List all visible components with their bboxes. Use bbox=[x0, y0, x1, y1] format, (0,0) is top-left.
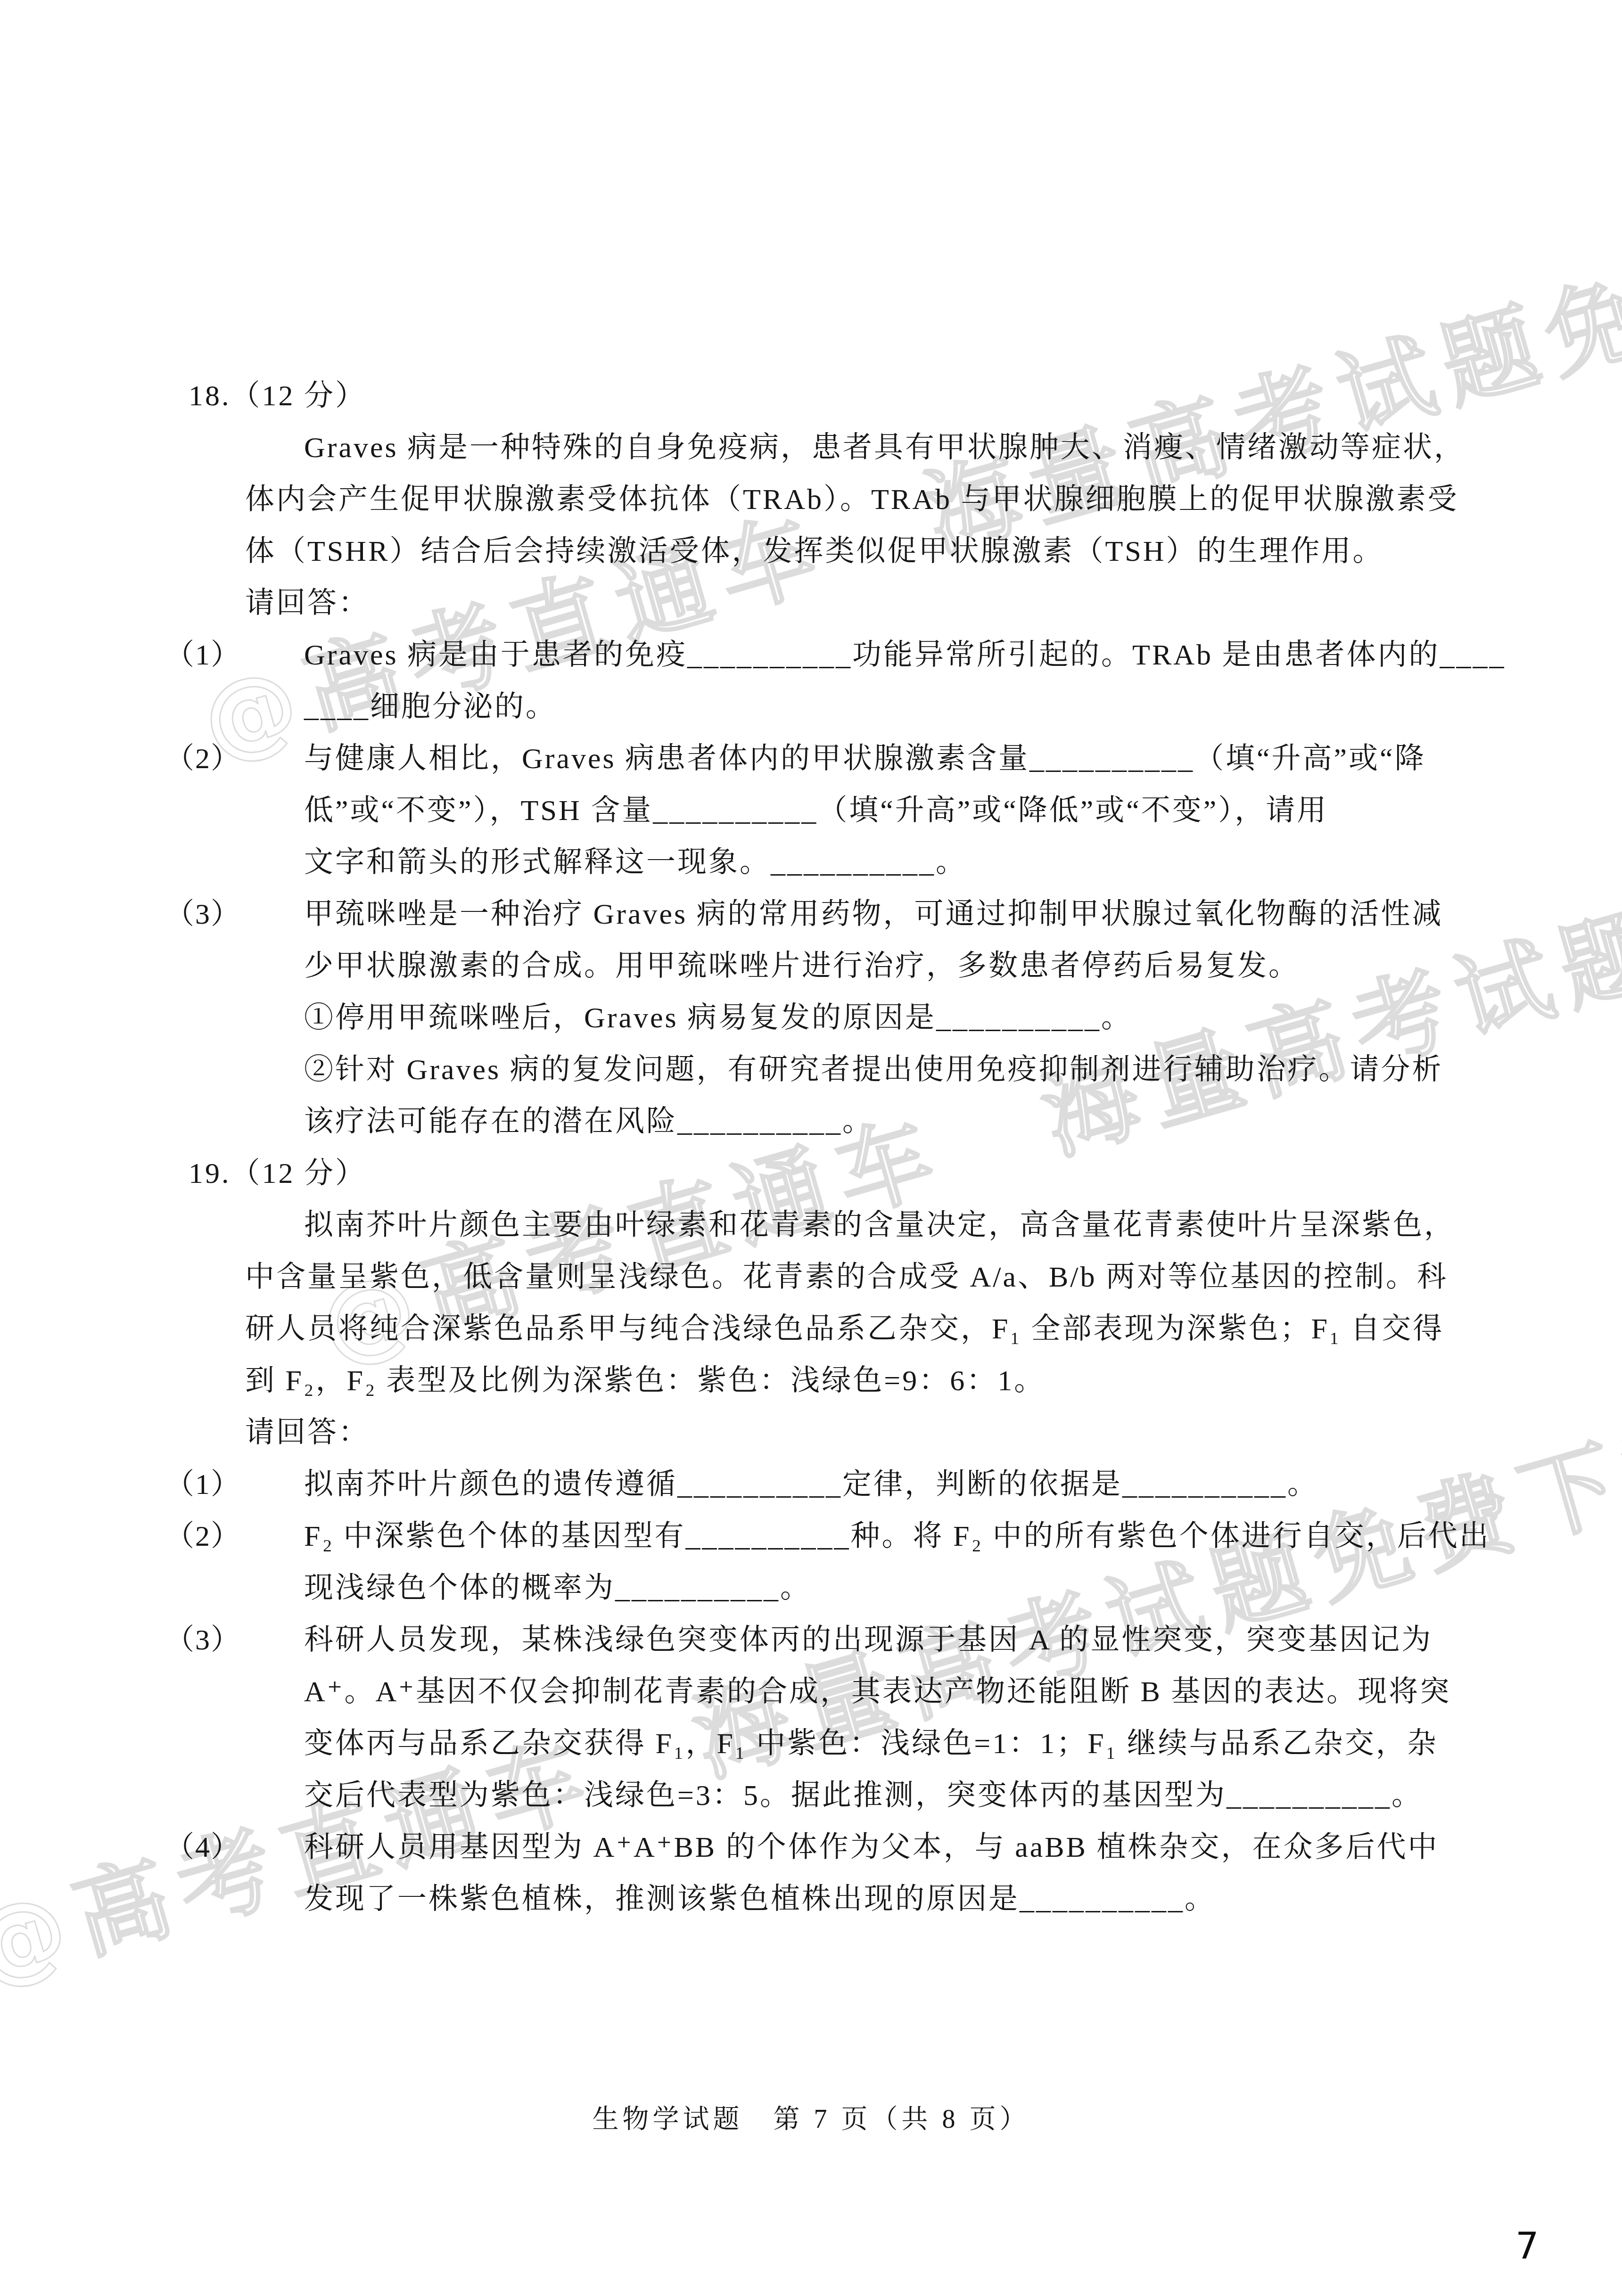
q19-intro-line-3: 研人员将纯合深紫色品系甲与纯合浅绿色品系乙杂交，F₁ 全部表现为深紫色；F₁ 自… bbox=[0, 1303, 1622, 1355]
q19-item-4-line-2: 发现了一株紫色植株，推测该紫色植株出现的原因是__________。 bbox=[0, 1873, 1622, 1925]
exam-page: @高考直通车 海量高考试题免费下载 @高考直通车 海量高考试题免费下载 @高考直… bbox=[0, 0, 1622, 2296]
q19-item-3-line-3: 变体丙与品系乙杂交获得 F₁，F₁ 中紫色：浅绿色=1：1；F₁ 继续与品系乙杂… bbox=[0, 1718, 1622, 1770]
q18-item-2-line-1: （2）与健康人相比，Graves 病患者体内的甲状腺激素含量__________… bbox=[0, 733, 1622, 785]
q18-item-3-marker: （3） bbox=[165, 888, 241, 940]
q19-item-1-line-1: （1）拟南芥叶片颜色的遗传遵循__________定律，判断的依据是______… bbox=[0, 1459, 1622, 1510]
page-footer: 生物学试题 第 7 页（共 8 页） bbox=[0, 2098, 1622, 2136]
q19-item-3-text-1: 科研人员发现，某株浅绿色突变体丙的出现源于基因 A 的显性突变，突变基因记为 bbox=[304, 1624, 1433, 1656]
q18-intro-line-1: Graves 病是一种特殊的自身免疫病，患者具有甲状腺肿大、消瘦、情绪激动等症状… bbox=[0, 422, 1622, 474]
q18-item-3-line-1: （3）甲巯咪唑是一种治疗 Graves 病的常用药物，可通过抑制甲状腺过氧化物酶… bbox=[0, 888, 1622, 940]
q19-item-4-marker: （4） bbox=[165, 1821, 241, 1873]
q19-item-1-text-1: 拟南芥叶片颜色的遗传遵循__________定律，判断的依据是_________… bbox=[304, 1468, 1318, 1501]
q18-item-3-line-4: ②针对 Graves 病的复发问题，有研究者提出使用免疫抑制剂进行辅助治疗。请分… bbox=[0, 1044, 1622, 1096]
q19-item-4-line-1: （4）科研人员用基因型为 A⁺A⁺BB 的个体作为父本，与 aaBB 植株杂交，… bbox=[0, 1821, 1622, 1873]
q19-intro-line-4: 到 F₂，F₂ 表型及比例为深紫色：紫色：浅绿色=9：6：1。 bbox=[0, 1355, 1622, 1407]
q18-item-2-text-1: 与健康人相比，Graves 病患者体内的甲状腺激素含量__________（填“… bbox=[304, 743, 1426, 775]
q19-heading: 19.（12 分） bbox=[0, 1148, 1622, 1199]
q19-item-3-line-2: A⁺。A⁺基因不仅会抑制花青素的合成，其表达产物还能阻断 B 基因的表达。现将突 bbox=[0, 1666, 1622, 1718]
q19-intro-line-2: 中含量呈紫色，低含量则呈浅绿色。花青素的合成受 A/a、B/b 两对等位基因的控… bbox=[0, 1251, 1622, 1303]
q18-item-3-line-2: 少甲状腺激素的合成。用甲巯咪唑片进行治疗，多数患者停药后易复发。 bbox=[0, 940, 1622, 992]
q18-item-1-text-1: Graves 病是由于患者的免疫__________功能异常所引起的。TRAb … bbox=[304, 639, 1506, 671]
q19-item-2-line-2: 现浅绿色个体的概率为__________。 bbox=[0, 1562, 1622, 1614]
q18-item-1-line-1: （1）Graves 病是由于患者的免疫__________功能异常所引起的。TR… bbox=[0, 629, 1622, 681]
q18-item-2-line-2: 低”或“不变”），TSH 含量__________（填“升高”或“降低”或“不变… bbox=[0, 785, 1622, 836]
q18-prompt: 请回答： bbox=[0, 577, 1622, 629]
q19-item-2-marker: （2） bbox=[165, 1510, 241, 1562]
q18-item-3-text-1: 甲巯咪唑是一种治疗 Graves 病的常用药物，可通过抑制甲状腺过氧化物酶的活性… bbox=[304, 898, 1443, 930]
q18-heading: 18.（12 分） bbox=[0, 370, 1622, 422]
q18-item-3-line-3: ①停用甲巯咪唑后，Graves 病易复发的原因是__________。 bbox=[0, 992, 1622, 1044]
page-number-label: 7 bbox=[1515, 2225, 1539, 2268]
q18-intro-line-2: 体内会产生促甲状腺激素受体抗体（TRAb）。TRAb 与甲状腺细胞膜上的促甲状腺… bbox=[0, 474, 1622, 525]
q19-item-3-line-4: 交后代表型为紫色：浅绿色=3：5。据此推测，突变体丙的基因型为_________… bbox=[0, 1770, 1622, 1821]
q19-item-2-text-1: F₂ 中深紫色个体的基因型有__________种。将 F₂ 中的所有紫色个体进… bbox=[304, 1520, 1490, 1552]
q18-item-2-line-3: 文字和箭头的形式解释这一现象。__________。 bbox=[0, 836, 1622, 888]
q18-item-1-line-2: ____细胞分泌的。 bbox=[0, 681, 1622, 733]
q19-prompt: 请回答： bbox=[0, 1407, 1622, 1459]
q19-item-4-text-1: 科研人员用基因型为 A⁺A⁺BB 的个体作为父本，与 aaBB 植株杂交，在众多… bbox=[304, 1831, 1439, 1863]
q18-item-3-line-5: 该疗法可能存在的潜在风险__________。 bbox=[0, 1096, 1622, 1148]
q19-item-3-marker: （3） bbox=[165, 1614, 241, 1666]
q19-intro-line-1: 拟南芥叶片颜色主要由叶绿素和花青素的含量决定，高含量花青素使叶片呈深紫色， bbox=[0, 1199, 1622, 1251]
q19-item-3-line-1: （3）科研人员发现，某株浅绿色突变体丙的出现源于基因 A 的显性突变，突变基因记… bbox=[0, 1614, 1622, 1666]
q19-item-2-line-1: （2）F₂ 中深紫色个体的基因型有__________种。将 F₂ 中的所有紫色… bbox=[0, 1510, 1622, 1562]
q18-item-2-marker: （2） bbox=[165, 733, 241, 785]
q18-intro-line-3: 体（TSHR）结合后会持续激活受体，发挥类似促甲状腺激素（TSH）的生理作用。 bbox=[0, 525, 1622, 577]
exam-content: 18.（12 分） Graves 病是一种特殊的自身免疫病，患者具有甲状腺肿大、… bbox=[0, 370, 1622, 1925]
q18-item-1-marker: （1） bbox=[165, 629, 241, 681]
q19-item-1-marker: （1） bbox=[165, 1459, 241, 1510]
